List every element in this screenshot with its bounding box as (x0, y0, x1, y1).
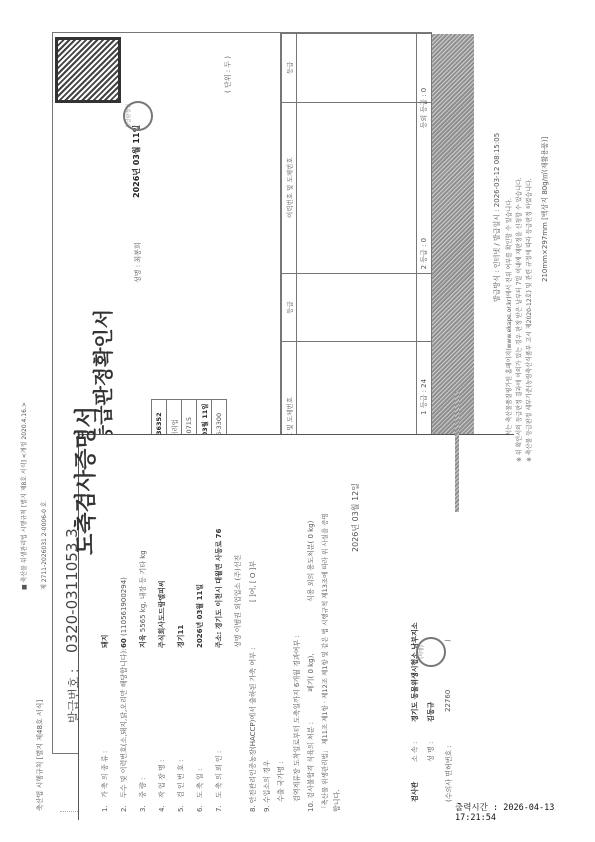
license-no: 22760 (444, 690, 452, 712)
inspector-name: 김동규 (426, 702, 436, 722)
slaughter-item: 4.작 업 장 명 :주식회사도드람엘피씨 (157, 482, 176, 812)
slaughter-item: 2.두수 및 이력번호(소,돼지,닭,오리만 해당합니다):60 (110561… (119, 482, 138, 812)
export-note: 검역계류장 도착일로부터 도축일까지 6개월 경과여부 : (292, 635, 302, 802)
export-country: 수출 국가명 : (276, 761, 286, 802)
requester-name-row: 성명 이범권 외업업소 (주)선진 (233, 482, 249, 812)
license-close: ) (444, 639, 452, 642)
scan-edge-noise (455, 392, 459, 512)
slaughter-issue-date: 2026년 03월 12일 (350, 483, 361, 552)
item8-value: [ ]여, [ O ]부 (248, 561, 258, 602)
disposal-total: 폐기( 0 kg), (306, 653, 316, 692)
law-tail: 합니다. (332, 789, 342, 812)
print-time-label: 출력시간 : (455, 803, 498, 813)
item9: 9. 수입소의 경우 (262, 760, 272, 812)
slaughter-body-canvas: 1.가 축 의 종 류 :돼지 2.두수 및 이력번호(소,돼지,닭,오리만 해… (0, 0, 595, 842)
affiliation: 경기도 동물위생시험소 남부지소 (410, 622, 420, 722)
slaughter-items: 1.가 축 의 종 류 :돼지 2.두수 및 이력번호(소,돼지,닭,오리만 해… (100, 482, 249, 812)
item10: 10. 검사불합격 식육의 처분 : (306, 722, 316, 812)
license-label: (수의사 면허번호 : (444, 745, 454, 802)
law-text: 「축산물 위생관리법」 제11조 제1항 · 제12조 제1항 및 같은 법 시… (320, 513, 329, 812)
disposal-other: 식용 외의 용도처분( 0 kg) (306, 521, 316, 602)
print-time: 출력시간 : 2026-04-13 17:21:54 (455, 801, 595, 823)
slaughter-item: 5.검 인 번 호 :경기11 (176, 482, 195, 812)
slaughter-item: 6.도 축 일 :2026년 03월 11일 (195, 482, 214, 812)
inspector-label: 검사관 (410, 782, 420, 802)
item8: 8. 안전관리인증농장(HACCP)에서 출하된 가축 여부 : (248, 647, 258, 812)
affiliation-label: 소 속 : (410, 742, 420, 762)
name-label: 성 명 : (426, 742, 436, 762)
slaughter-item: 1.가 축 의 종 류 :돼지 (100, 482, 119, 812)
slaughter-item: 3.중 량 :지육 5565 kg, 내장 등 기타 kg (138, 482, 157, 812)
slaughter-item: 7.도 축 의 뢰 인 :주소: 경기도 이천시 대월면 사동로 76 (214, 482, 233, 812)
inspector-stamp-icon: (서명) (416, 637, 446, 667)
